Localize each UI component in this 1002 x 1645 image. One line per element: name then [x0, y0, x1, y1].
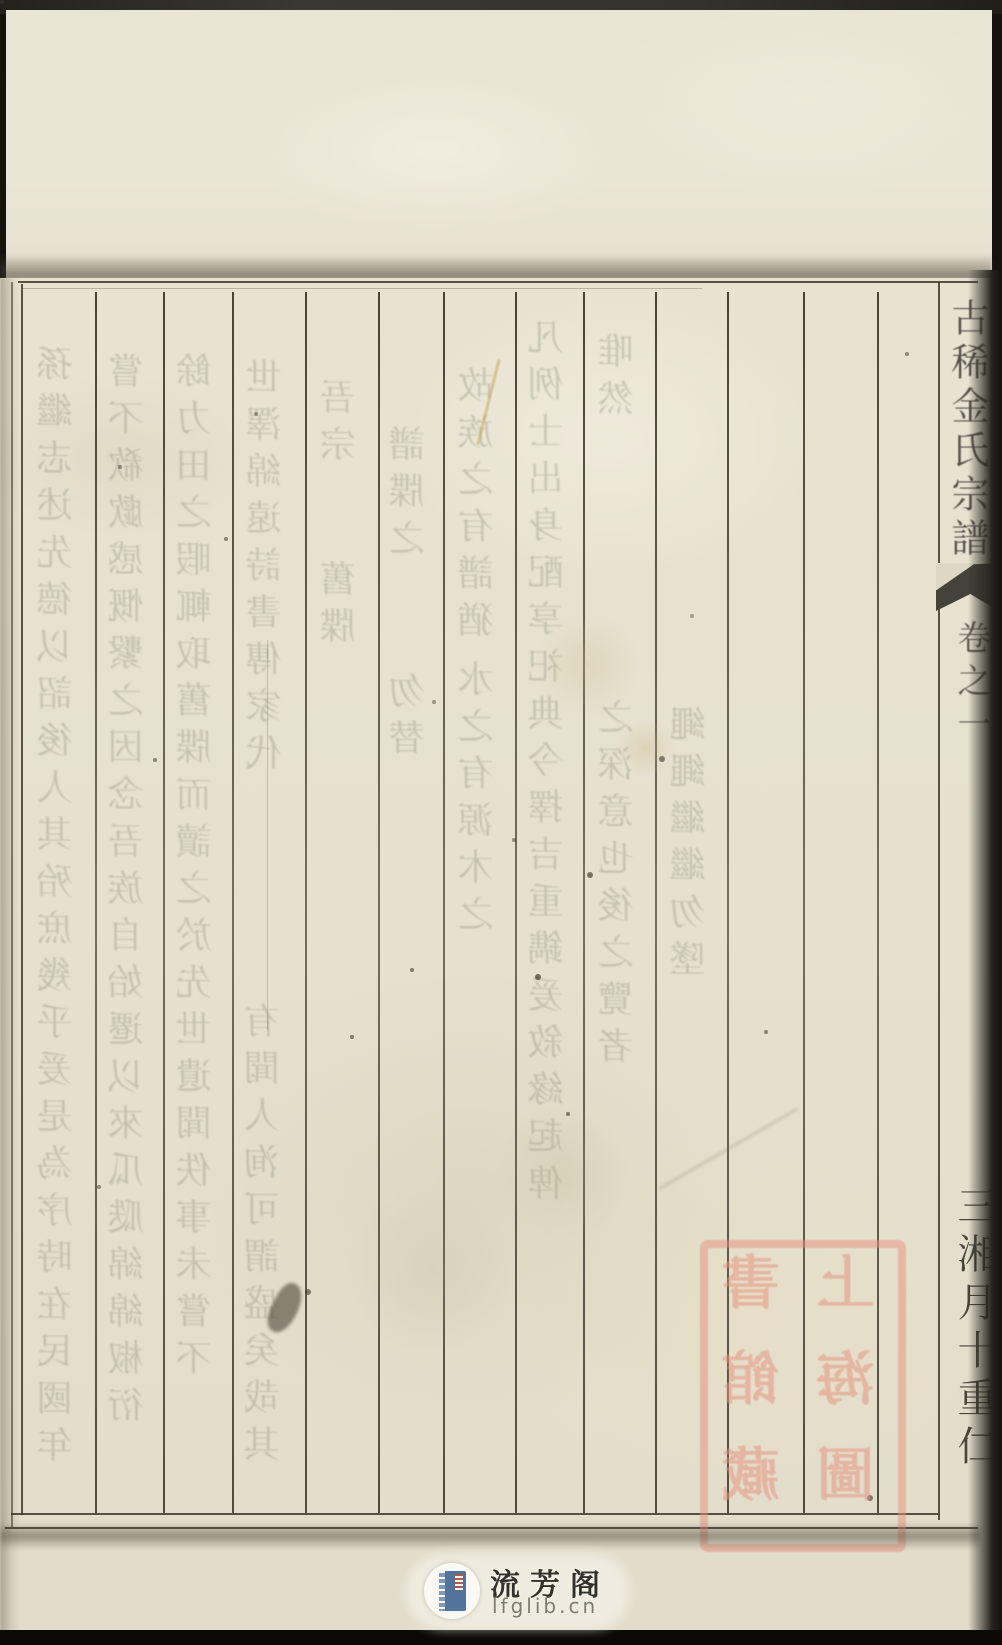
bleedthrough-text: 舊牒	[322, 560, 360, 654]
bleedthrough-text: 勿替	[391, 672, 429, 766]
bleedthrough-text: 繩繩繼繼勿墜	[672, 705, 710, 987]
frame-border-left-inner	[21, 284, 23, 1515]
paper-stain	[492, 1108, 632, 1238]
seal-column-right: 上海圖	[811, 1252, 891, 1540]
watermark-site-domain: lfglib.cn	[492, 1594, 598, 1618]
bleedthrough-text: 凡例士出身配享祀典今擇吉重鐫爰敘緣起俾	[530, 318, 568, 1211]
column-rule	[232, 292, 234, 1513]
page-left-edge-shadow	[0, 278, 20, 1634]
bleedthrough-text: 吾宗	[322, 378, 360, 472]
bleedthrough-text: 世澤綿遠詩書傳家代	[248, 358, 286, 781]
bleedthrough-text: 唯然	[600, 332, 638, 426]
column-rule	[163, 292, 165, 1513]
book-title-slip-icon	[455, 1574, 463, 1590]
photo-bottom-background	[0, 1630, 1002, 1645]
column-rule	[515, 292, 517, 1513]
scanned-page-photo: 孫繼志述先德以詔後人其殆庶幾乎爰是為序時在民國年 嘗不欷歔感慨繫之因念吾族自始遷…	[0, 0, 1002, 1645]
column-rule	[95, 292, 97, 1513]
bleedthrough-text: 故族之有譜猶	[460, 366, 498, 648]
paper-stain	[342, 1192, 522, 1352]
paper-specks	[0, 0, 4, 4]
bleedthrough-text: 餘力田之暇輒取舊牒而讀之於先世遺聞佚事未嘗不	[178, 352, 216, 1386]
photo-right-edge-shadow	[968, 270, 1002, 1634]
book-icon	[439, 1571, 466, 1611]
bleedthrough-text: 嘗不欷歔感慨繫之因念吾族自始遷以來瓜瓞綿綿椒衍	[110, 352, 148, 1433]
seal-column-left: 書館藏	[716, 1252, 796, 1540]
fold-crease-bottom	[0, 1524, 980, 1550]
frame-border-top-inner	[22, 288, 702, 289]
bleedthrough-text: 譜牒之	[391, 425, 429, 566]
column-rule	[655, 292, 657, 1513]
book-spine-stitches-icon	[439, 1571, 445, 1611]
bleedthrough-text: 水之有源木之	[460, 660, 498, 942]
bleedthrough-text: 有聞人洵可謂盛矣哉其	[246, 1002, 284, 1472]
upper-blank-leaf	[6, 10, 992, 280]
frame-border-left-outer	[11, 282, 13, 1527]
bleedthrough-text: 孫繼志述先德以詔後人其殆庶幾乎爰是為序時在民國年	[39, 345, 77, 1473]
column-rule	[305, 292, 307, 1513]
paper-stain	[616, 720, 676, 776]
watermark-logo-badge	[424, 1563, 480, 1619]
site-watermark: 流芳阁 lfglib.cn	[406, 1554, 630, 1630]
frame-border-top	[18, 281, 978, 283]
column-rule	[583, 292, 585, 1513]
paper-stain	[532, 612, 642, 716]
library-collection-seal: 上海圖 書館藏	[700, 1240, 906, 1552]
